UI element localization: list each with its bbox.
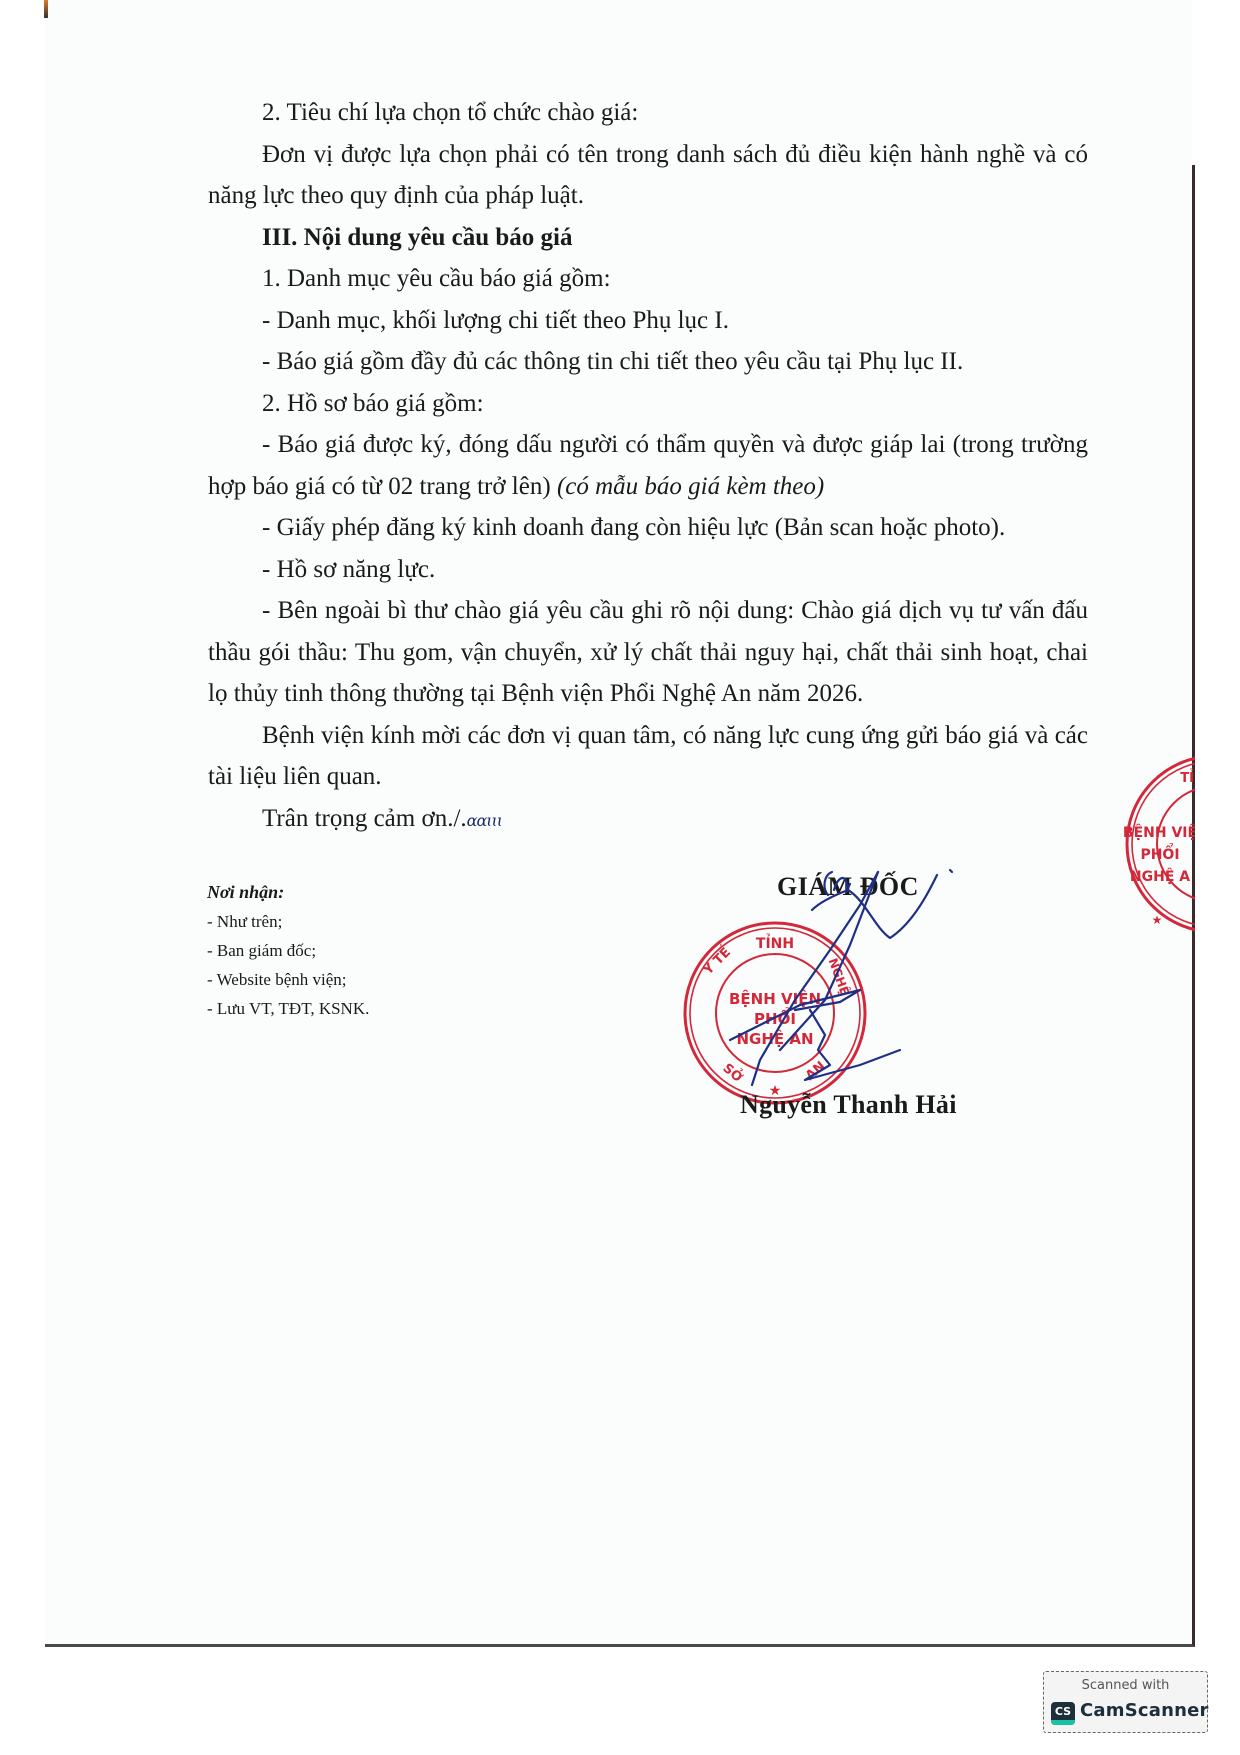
partial-stamp-center-line: PHỔI bbox=[1140, 843, 1179, 863]
signer-name: Nguyễn Thanh Hải bbox=[740, 1090, 957, 1120]
initials-scribble: ɑɑɩɩɩ bbox=[467, 811, 502, 830]
paragraph-invitation: Bệnh viện kính mời các đơn vị quan tâm, … bbox=[208, 715, 1088, 798]
partial-stamp-center-line: NGHỆ A bbox=[1130, 867, 1190, 885]
handwritten-signature bbox=[700, 850, 1080, 1110]
recipients-title: Nơi nhận: bbox=[207, 878, 527, 907]
partial-stamp-ring-top: TỈNH bbox=[1180, 769, 1195, 786]
list-item: - Giấy phép đăng ký kinh doanh đang còn … bbox=[208, 507, 1088, 549]
list-item-note: (có mẫu báo giá kèm theo) bbox=[557, 473, 824, 500]
list-item: - Báo giá gồm đầy đủ các thông tin chi t… bbox=[208, 341, 1088, 383]
list-item: - Báo giá được ký, đóng dấu người có thẩ… bbox=[208, 424, 1088, 507]
paragraph-dossier-heading: 2. Hồ sơ báo giá gồm: bbox=[208, 383, 1088, 425]
recipients-block: Nơi nhận: - Như trên; - Ban giám đốc; - … bbox=[207, 878, 527, 1023]
watermark-brand: CamScanner bbox=[1080, 1700, 1209, 1721]
camscanner-watermark: Scanned with CS CamScanner bbox=[1043, 1671, 1208, 1733]
recipient-item: - Như trên; bbox=[207, 907, 527, 936]
camscanner-logo-icon: CS bbox=[1051, 1702, 1075, 1725]
recipient-item: - Lưu VT, TĐT, KSNK. bbox=[207, 994, 527, 1023]
document-body: 2. Tiêu chí lựa chọn tổ chức chào giá: Đ… bbox=[208, 92, 1088, 841]
page-corner-mark bbox=[44, 0, 48, 18]
watermark-caption: Scanned with bbox=[1044, 1678, 1207, 1693]
paragraph-criteria-heading: 2. Tiêu chí lựa chọn tổ chức chào giá: bbox=[208, 92, 1088, 134]
section-heading-iii: III. Nội dung yêu cầu báo giá bbox=[208, 217, 1088, 259]
paragraph-closing: Trân trọng cảm ơn./.ɑɑɩɩɩ bbox=[208, 798, 1088, 842]
partial-overlap-stamp: TỈNH BỆNH VIỆ PHỔI NGHỆ A ★ bbox=[1120, 752, 1195, 937]
svg-text:★: ★ bbox=[1152, 913, 1163, 927]
list-item: - Hồ sơ năng lực. bbox=[208, 549, 1088, 591]
partial-stamp-center-line: BỆNH VIỆ bbox=[1123, 823, 1195, 841]
closing-text: Trân trọng cảm ơn./. bbox=[262, 805, 467, 832]
paragraph-criteria: Đơn vị được lựa chọn phải có tên trong d… bbox=[208, 134, 1088, 217]
list-item: - Danh mục, khối lượng chi tiết theo Phụ… bbox=[208, 300, 1088, 342]
page-edge-gap bbox=[1192, 0, 1198, 165]
recipient-item: - Ban giám đốc; bbox=[207, 936, 527, 965]
list-item: - Bên ngoài bì thư chào giá yêu cầu ghi … bbox=[208, 590, 1088, 715]
paragraph-list-heading: 1. Danh mục yêu cầu báo giá gồm: bbox=[208, 258, 1088, 300]
recipient-item: - Website bệnh viện; bbox=[207, 965, 527, 994]
